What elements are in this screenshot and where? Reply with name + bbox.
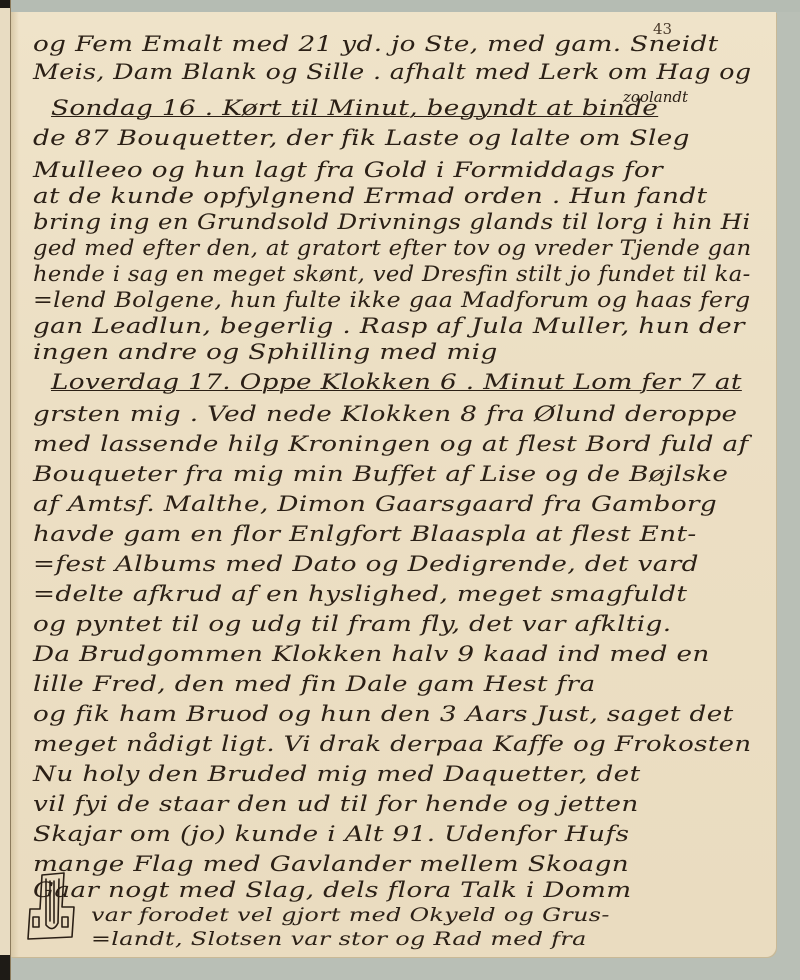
date-heading: Loverdag 17. Oppe Klokken 6 . Minut Lom … [51, 370, 742, 394]
manuscript-line-11: gan Leadlun, begerlig . Rasp af Jula Mul… [33, 314, 745, 338]
manuscript-line-31: var forodet vel gjort med Okyeld og Grus… [91, 904, 610, 926]
manuscript-line-14: grsten mig . Ved nede Klokken 8 fra Ølun… [33, 402, 737, 426]
manuscript-line-8: ged med efter den, at gratort efter tov … [33, 236, 751, 260]
binding-corner-top [0, 0, 10, 8]
manuscript-line-6: at de kunde opfylgnend Ermad orden . Hun… [33, 184, 707, 208]
manuscript-line-24: og fik ham Bruod og hun den 3 Aars Just,… [33, 702, 734, 726]
gate-sketch-icon [24, 867, 78, 957]
manuscript-line-10: =lend Bolgene, hun fulte ikke gaa Madfor… [33, 288, 751, 312]
manuscript-line-5: Mulleeo og hun lagt fra Gold i Formiddag… [33, 158, 663, 182]
manuscript-line-30: Gaar nogt med Slag, dels flora Talk i Do… [33, 878, 632, 902]
manuscript-line-32: =landt, Slotsen var stor og Rad med fra [91, 928, 587, 950]
manuscript-line-17: af Amtsf. Malthe, Dimon Gaarsgaard fra G… [33, 492, 717, 516]
manuscript-line-19: =fest Albums med Dato og Dedigrende, det… [33, 552, 699, 576]
manuscript-line-15: med lassende hilg Kroningen og at flest … [33, 432, 749, 456]
manuscript-line-9: hende i sag en meget skønt, ved Dresfin … [33, 262, 751, 286]
manuscript-line-13-date-saturday: Loverdag 17. Oppe Klokken 6 . Minut Lom … [51, 370, 742, 394]
scan-background-top [0, 0, 800, 12]
manuscript-line-25: meget nådigt ligt. Vi drak derpaa Kaffe … [33, 732, 752, 756]
manuscript-line-16: Bouqueter fra mig min Buffet af Lise og … [33, 462, 728, 486]
binding-corner-bottom [0, 955, 10, 980]
manuscript-line-20: =delte afkrud af en hyslighed, meget sma… [33, 582, 687, 606]
manuscript-line-22: Da Brudgommen Klokken halv 9 kaad ind me… [33, 642, 710, 666]
manuscript-line-29: mange Flag med Gavlander mellem Skoagn [33, 852, 629, 876]
manuscript-page: 43 zoolandt og Fem Emalt med 21 yd. jo S… [11, 12, 776, 957]
manuscript-line-26: Nu holy den Bruded mig med Daquetter, de… [33, 762, 641, 786]
manuscript-line-28: Skajar om (jo) kunde i Alt 91. Udenfor H… [33, 822, 629, 846]
manuscript-line-21: og pyntet til og udg til fram fly, det v… [33, 612, 671, 636]
manuscript-line-2: Meis, Dam Blank og Sille . afhalt med Le… [33, 60, 751, 84]
manuscript-line-3-date-sunday: Sondag 16 . Kørt til Minut, begyndt at b… [51, 96, 658, 120]
manuscript-line-1: og Fem Emalt med 21 yd. jo Ste, med gam.… [33, 32, 719, 56]
manuscript-line-4: de 87 Bouquetter, der fik Laste og lalte… [33, 126, 690, 150]
page-fold-shadow [11, 12, 19, 957]
manuscript-line-18: havde gam en flor Enlgfort Blaaspla at f… [33, 522, 697, 546]
manuscript-line-12: ingen andre og Sphilling med mig [33, 340, 498, 364]
date-heading: Sondag 16 . Kørt til Minut, begyndt at b… [51, 96, 658, 120]
manuscript-line-23: lille Fred, den med fin Dale gam Hest fr… [33, 672, 596, 696]
manuscript-line-7: bring ing en Grundsold Drivnings glands … [33, 210, 751, 234]
facing-page-edge [0, 0, 11, 980]
manuscript-line-27: vil fyi de staar den ud til for hende og… [33, 792, 639, 816]
